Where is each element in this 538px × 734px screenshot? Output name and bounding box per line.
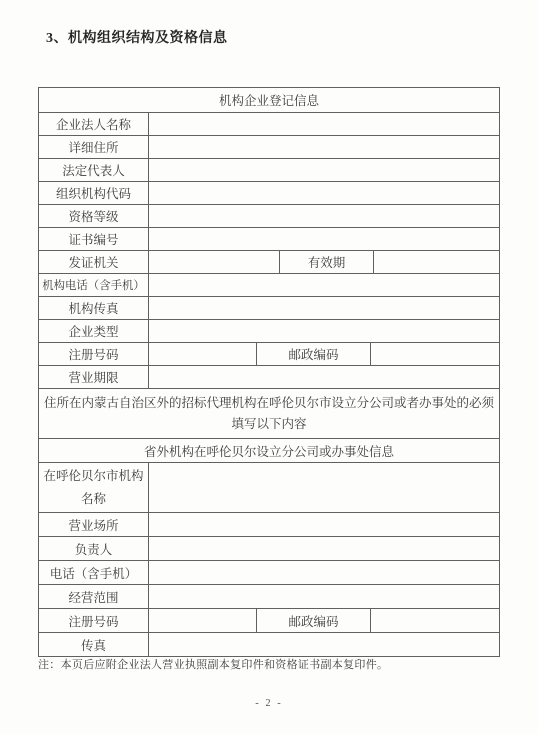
field-label: 企业法人名称 bbox=[39, 113, 149, 136]
field-value-cell bbox=[149, 366, 500, 389]
table-row: 在呼伦贝尔市机构名称 bbox=[39, 463, 500, 513]
field-label: 电话（含手机） bbox=[39, 561, 149, 585]
field-label: 营业场所 bbox=[39, 513, 149, 537]
table-row: 发证机关 有效期 bbox=[39, 251, 500, 274]
field-label: 详细住所 bbox=[39, 136, 149, 159]
field-label: 证书编号 bbox=[39, 228, 149, 251]
field-label: 经营范围 bbox=[39, 585, 149, 609]
field-label: 邮政编码 bbox=[257, 343, 371, 366]
field-label: 注册号码 bbox=[39, 343, 149, 366]
field-value-cell bbox=[149, 513, 500, 537]
field-label: 负责人 bbox=[39, 537, 149, 561]
table-row: 机构传真 bbox=[39, 297, 500, 320]
notice-cell: 住所在内蒙古自治区外的招标代理机构在呼伦贝尔市设立分公司或者办事处的必须 填写以… bbox=[39, 389, 500, 439]
table-row: 传真 bbox=[39, 633, 500, 657]
field-value-cell bbox=[149, 633, 500, 657]
notice-line1: 住所在内蒙古自治区外的招标代理机构在呼伦贝尔市设立分公司或者办事处的必须 bbox=[44, 393, 494, 414]
footnote: 注：本页后应附企业法人营业执照副本复印件和资格证书副本复印件。 bbox=[38, 656, 500, 672]
table-row: 营业场所 bbox=[39, 513, 500, 537]
field-label: 邮政编码 bbox=[257, 609, 371, 633]
table-row: 证书编号 bbox=[39, 228, 500, 251]
field-label: 机构传真 bbox=[39, 297, 149, 320]
field-label: 企业类型 bbox=[39, 320, 149, 343]
field-value-cell bbox=[149, 585, 500, 609]
table-row: 负责人 bbox=[39, 537, 500, 561]
table-row: 企业法人名称 bbox=[39, 113, 500, 136]
field-value-cell bbox=[149, 113, 500, 136]
table-row: 详细住所 bbox=[39, 136, 500, 159]
table-row: 省外机构在呼伦贝尔设立分公司或办事处信息 bbox=[39, 439, 500, 463]
field-label: 在呼伦贝尔市机构名称 bbox=[39, 463, 149, 513]
field-value-cell bbox=[149, 537, 500, 561]
table-row: 经营范围 bbox=[39, 585, 500, 609]
table-row: 组织机构代码 bbox=[39, 182, 500, 205]
field-value-cell bbox=[374, 251, 500, 274]
table-row: 电话（含手机） bbox=[39, 561, 500, 585]
registration-form-table: 机构企业登记信息 企业法人名称 详细住所 法定代表人 组织机构代码 资格等级 证… bbox=[38, 87, 500, 657]
field-label: 有效期 bbox=[280, 251, 374, 274]
table-row: 机构电话（含手机） bbox=[39, 274, 500, 297]
page-number: - 2 - bbox=[0, 698, 538, 709]
field-value-cell bbox=[149, 320, 500, 343]
table-row: 机构企业登记信息 bbox=[39, 88, 500, 113]
field-value-cell bbox=[371, 609, 500, 633]
section1-header: 机构企业登记信息 bbox=[39, 88, 500, 113]
field-value-cell bbox=[149, 136, 500, 159]
field-value-cell bbox=[149, 609, 257, 633]
field-value-cell bbox=[371, 343, 500, 366]
field-label: 营业期限 bbox=[39, 366, 149, 389]
field-value-cell bbox=[149, 297, 500, 320]
table-row: 法定代表人 bbox=[39, 159, 500, 182]
field-value-cell bbox=[149, 343, 257, 366]
field-value-cell bbox=[149, 561, 500, 585]
field-label: 机构电话（含手机） bbox=[39, 274, 149, 297]
table-row: 企业类型 bbox=[39, 320, 500, 343]
field-label: 传真 bbox=[39, 633, 149, 657]
page-title: 3、机构组织结构及资格信息 bbox=[46, 27, 228, 47]
notice-line2: 填写以下内容 bbox=[231, 414, 306, 435]
field-value-cell bbox=[149, 251, 280, 274]
field-value-cell bbox=[149, 182, 500, 205]
field-value-cell bbox=[149, 274, 500, 297]
table-row: 资格等级 bbox=[39, 205, 500, 228]
table-row: 注册号码 邮政编码 bbox=[39, 343, 500, 366]
table-row: 营业期限 bbox=[39, 366, 500, 389]
field-label: 注册号码 bbox=[39, 609, 149, 633]
field-label: 资格等级 bbox=[39, 205, 149, 228]
field-value-cell bbox=[149, 159, 500, 182]
field-value-cell bbox=[149, 205, 500, 228]
field-value-cell bbox=[149, 228, 500, 251]
field-value-cell bbox=[149, 463, 500, 513]
table-row: 住所在内蒙古自治区外的招标代理机构在呼伦贝尔市设立分公司或者办事处的必须 填写以… bbox=[39, 389, 500, 439]
field-label: 发证机关 bbox=[39, 251, 149, 274]
field-label: 组织机构代码 bbox=[39, 182, 149, 205]
table-row: 注册号码 邮政编码 bbox=[39, 609, 500, 633]
section2-header: 省外机构在呼伦贝尔设立分公司或办事处信息 bbox=[39, 439, 500, 463]
field-label: 法定代表人 bbox=[39, 159, 149, 182]
